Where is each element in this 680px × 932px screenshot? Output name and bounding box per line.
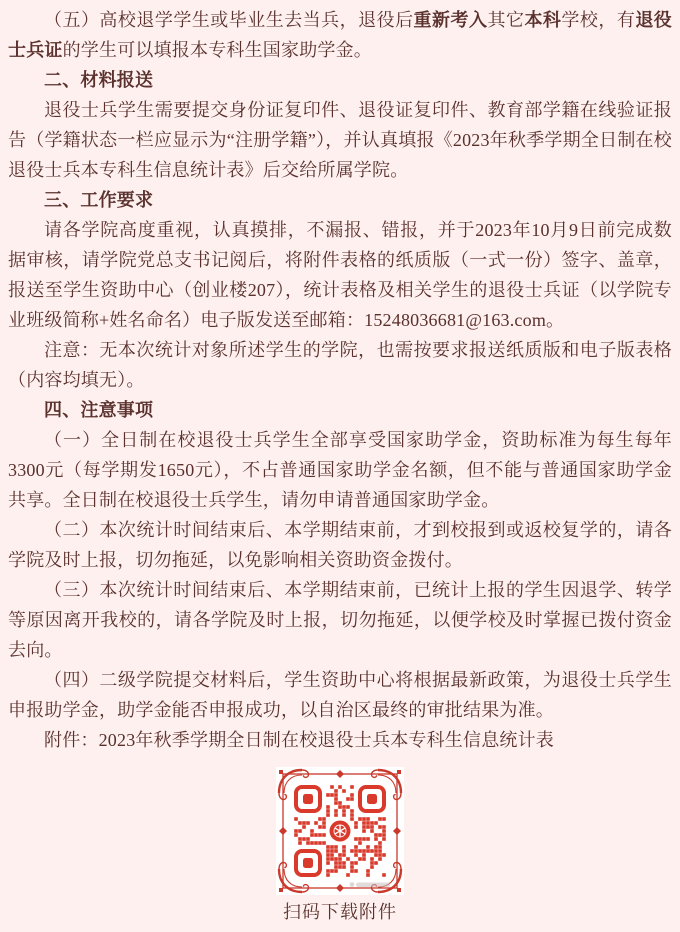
section-heading-notes: 四、注意事项 (8, 395, 672, 425)
paragraph-materials: 退役士兵学生需要提交身份证复印件、退役证复印件、教育部学籍在线验证报告（学籍状态… (8, 95, 672, 185)
para-five-text-3: 学校，有 (561, 10, 635, 30)
para-five-bold-undergraduate: 本科 (524, 10, 561, 30)
paragraph-note-4: （四）二级学院提交材料后，学生资助中心将根据最新政策，为退役士兵学生申报助学金，… (8, 665, 672, 725)
para-five-text-2: 其它 (487, 10, 524, 30)
qr-section: 扫码下载附件 (8, 767, 672, 925)
qr-caption: 扫码下载附件 (283, 899, 397, 925)
para-five-text-4: 的学生可以填报本专科生国家助学金。 (63, 40, 372, 60)
paragraph-work-requirements: 请各学院高度重视，认真摸排，不漏报、错报，并于2023年10月9日前完成数据审核… (8, 215, 672, 335)
document-page: （五）高校退学学生或毕业生去当兵，退役后重新考入其它本科学校，有退役士兵证的学生… (0, 0, 680, 925)
paragraph-note-3: （三）本次统计时间结束后、本学期结束前，已统计上报的学生因退学、转学等原因离开我… (8, 575, 672, 665)
paragraph-work-note: 注意：无本次统计对象所述学生的学院，也需按要求报送纸质版和电子版表格（内容均填无… (8, 335, 672, 395)
qr-code[interactable] (276, 767, 404, 895)
paragraph-item-five: （五）高校退学学生或毕业生去当兵，退役后重新考入其它本科学校，有退役士兵证的学生… (8, 5, 672, 65)
paragraph-note-2: （二）本次统计时间结束后、本学期结束前，才到校报到或返校复学的，请各学院及时上报… (8, 515, 672, 575)
section-heading-work-requirements: 三、工作要求 (8, 185, 672, 215)
qr-center-logo-icon (328, 819, 353, 844)
section-heading-materials: 二、材料报送 (8, 65, 672, 95)
para-five-bold-reenroll: 重新考入 (414, 10, 488, 30)
paragraph-note-1: （一）全日制在校退役士兵学生全部享受国家助学金，资助标准为每生每年3300元（每… (8, 425, 672, 515)
para-five-text-1: （五）高校退学学生或毕业生去当兵，退役后 (44, 10, 414, 30)
attachment-line: 附件：2023年秋季学期全日制在校退役士兵本专科生信息统计表 (8, 725, 672, 755)
